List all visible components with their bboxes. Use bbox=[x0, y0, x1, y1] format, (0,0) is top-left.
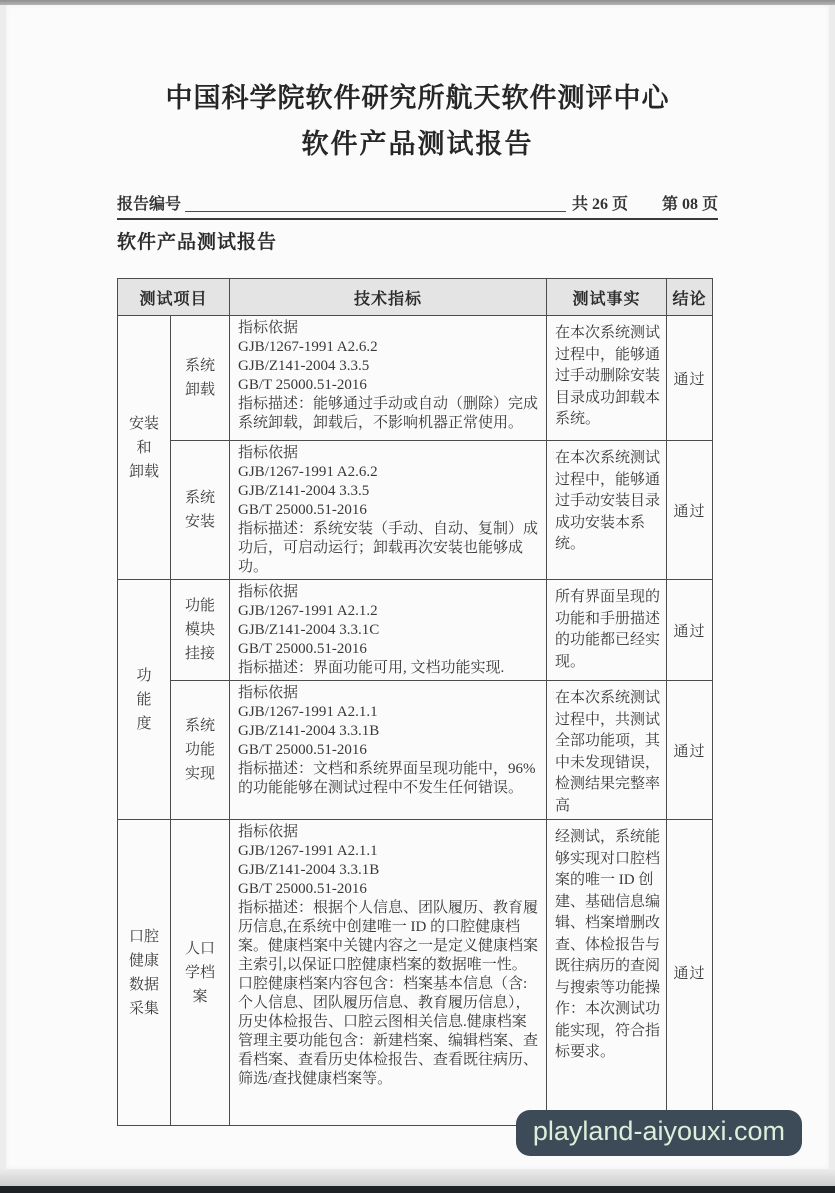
table-row-system-function: 系统 功能 实现 指标依据 GJB/1267-1991 A2.1.1 GJB/Z… bbox=[118, 681, 713, 820]
item-label-system-function: 系统 功能 实现 bbox=[171, 681, 230, 820]
item-label-function-module: 功能 模块 挂接 bbox=[171, 580, 230, 681]
test-fact-system-function: 在本次系统测试过程中，共测试全部功能项，其中未发现错误，检测结果完整率高 bbox=[547, 681, 667, 820]
item-label-system-install: 系统 安装 bbox=[171, 441, 230, 580]
conclusion-system-install: 通过 bbox=[667, 441, 713, 580]
col-header-conclusion: 结论 bbox=[667, 279, 713, 316]
group-label-functionality: 功 能 度 bbox=[118, 580, 171, 820]
document-title: 中国科学院软件研究所航天软件测评中心 bbox=[117, 85, 718, 112]
test-fact-system-install: 在本次系统测试过程中，能够通过手动安装目录成功安装本系统。 bbox=[547, 441, 667, 580]
table-row-system-uninstall: 安装 和 卸载 系统 卸载 指标依据 GJB/1267-1991 A2.6.2 … bbox=[118, 316, 713, 441]
tech-indicator-system-uninstall: 指标依据 GJB/1267-1991 A2.6.2 GJB/Z141-2004 … bbox=[230, 316, 547, 441]
watermark-badge: playland-aiyouxi.com bbox=[516, 1110, 802, 1156]
test-fact-system-uninstall: 在本次系统测试过程中，能够通过手动删除安装目录成功卸载本系统。 bbox=[547, 316, 667, 441]
item-label-demographic-archive: 人口 学档 案 bbox=[171, 820, 230, 1126]
test-fact-function-module: 所有界面呈现的功能和手册描述的功能都已经实现。 bbox=[547, 580, 667, 681]
col-header-tech-indicator: 技术指标 bbox=[230, 279, 547, 316]
conclusion-function-module: 通过 bbox=[667, 580, 713, 681]
tech-indicator-system-install: 指标依据 GJB/1267-1991 A2.6.2 GJB/Z141-2004 … bbox=[230, 441, 547, 580]
document-subtitle: 软件产品测试报告 bbox=[117, 131, 718, 158]
table-row-demographic-archive: 口腔 健康 数据 采集 人口 学档 案 指标依据 GJB/1267-1991 A… bbox=[118, 820, 713, 1126]
conclusion-system-function: 通过 bbox=[667, 681, 713, 820]
col-header-test-fact: 测试事实 bbox=[547, 279, 667, 316]
table-header-row: 测试项目 技术指标 测试事实 结论 bbox=[118, 279, 713, 316]
group-label-install-uninstall: 安装 和 卸载 bbox=[118, 316, 171, 580]
report-no-blank-line bbox=[185, 211, 566, 212]
test-fact-demographic-archive: 经测试，系统能够实现对口腔档案的唯一 ID 创建、基础信息编辑、档案增删改查、体… bbox=[547, 820, 667, 1126]
report-page: 中国科学院软件研究所航天软件测评中心 软件产品测试报告 报告编号 共 26 页 … bbox=[6, 5, 829, 1169]
report-meta-row: 报告编号 共 26 页 第 08 页 bbox=[117, 191, 718, 220]
page-number: 第 08 页 bbox=[662, 191, 718, 214]
scan-bottom-band bbox=[0, 1169, 835, 1186]
table-row-function-module: 功 能 度 功能 模块 挂接 指标依据 GJB/1267-1991 A2.1.2… bbox=[118, 580, 713, 681]
col-header-test-item: 测试项目 bbox=[118, 279, 230, 316]
tech-indicator-function-module: 指标依据 GJB/1267-1991 A2.1.2 GJB/Z141-2004 … bbox=[230, 580, 547, 681]
section-title: 软件产品测试报告 bbox=[117, 227, 718, 254]
test-report-table: 测试项目 技术指标 测试事实 结论 安装 和 卸载 系统 卸载 指标依据 GJB… bbox=[117, 278, 713, 1126]
group-label-oral-health-data: 口腔 健康 数据 采集 bbox=[118, 820, 171, 1126]
table-row-system-install: 系统 安装 指标依据 GJB/1267-1991 A2.6.2 GJB/Z141… bbox=[118, 441, 713, 580]
tech-indicator-demographic-archive: 指标依据 GJB/1267-1991 A2.1.1 GJB/Z141-2004 … bbox=[230, 820, 547, 1126]
scanned-document-frame: 中国科学院软件研究所航天软件测评中心 软件产品测试报告 报告编号 共 26 页 … bbox=[0, 0, 835, 1193]
report-no-label: 报告编号 bbox=[117, 191, 181, 214]
scan-bottom-edge bbox=[0, 1186, 835, 1193]
tech-indicator-system-function: 指标依据 GJB/1267-1991 A2.1.1 GJB/Z141-2004 … bbox=[230, 681, 547, 820]
item-label-system-uninstall: 系统 卸载 bbox=[171, 316, 230, 441]
total-pages: 共 26 页 bbox=[572, 191, 628, 214]
conclusion-demographic-archive: 通过 bbox=[667, 820, 713, 1126]
conclusion-system-uninstall: 通过 bbox=[667, 316, 713, 441]
